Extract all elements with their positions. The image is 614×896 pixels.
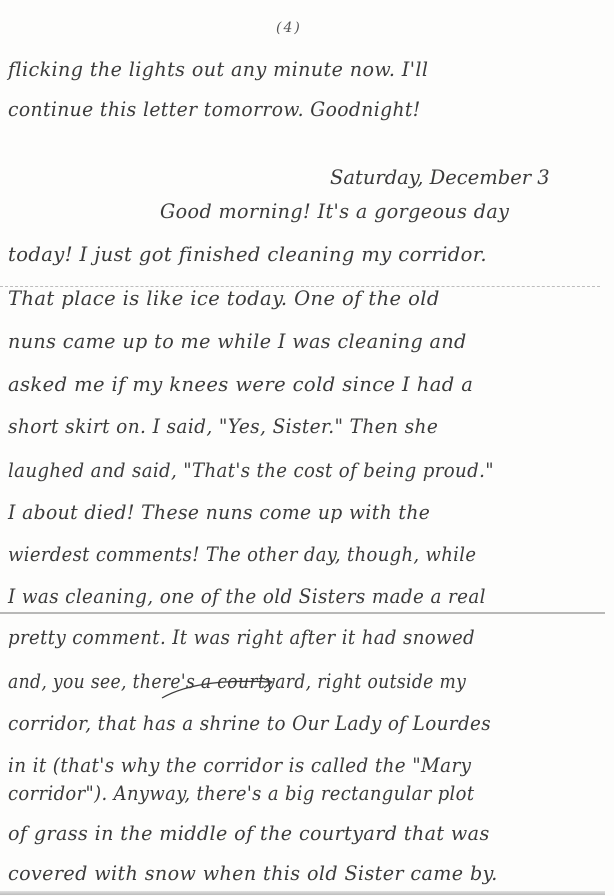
page-bottom-edge — [0, 891, 605, 895]
letter-line: asked me if my knees were cold since I h… — [8, 373, 473, 396]
letter-line: wierdest comments! The other day, though… — [8, 543, 476, 566]
letter-line: Good morning! It's a gorgeous day — [160, 200, 509, 223]
letter-line: continue this letter tomorrow. Goodnight… — [8, 98, 421, 121]
letter-line: I was cleaning, one of the old Sisters m… — [8, 585, 486, 608]
letter-line: of grass in the middle of the courtyard … — [8, 822, 490, 845]
date-heading: Saturday, December 3 — [330, 166, 550, 189]
fold-line — [0, 612, 605, 614]
page-number: (4) — [276, 20, 302, 36]
letter-line: corridor"). Anyway, there's a big rectan… — [8, 782, 474, 805]
letter-page: (4) flicking the lights out any minute n… — [0, 0, 614, 896]
letter-line: in it (that's why the corridor is called… — [8, 754, 471, 777]
letter-line: short skirt on. I said, "Yes, Sister." T… — [8, 415, 438, 438]
arrow-mark-icon — [160, 676, 285, 702]
letter-line: pretty comment. It was right after it ha… — [8, 626, 475, 649]
letter-line: That place is like ice today. One of the… — [8, 287, 440, 310]
letter-line: flicking the lights out any minute now. … — [8, 58, 428, 81]
letter-line: today! I just got finished cleaning my c… — [8, 243, 487, 266]
letter-line: I about died! These nuns come up with th… — [8, 501, 430, 524]
letter-line: laughed and said, "That's the cost of be… — [8, 459, 494, 482]
letter-line: covered with snow when this old Sister c… — [8, 862, 498, 885]
letter-line: corridor, that has a shrine to Our Lady … — [8, 712, 491, 735]
letter-line: nuns came up to me while I was cleaning … — [8, 330, 467, 353]
